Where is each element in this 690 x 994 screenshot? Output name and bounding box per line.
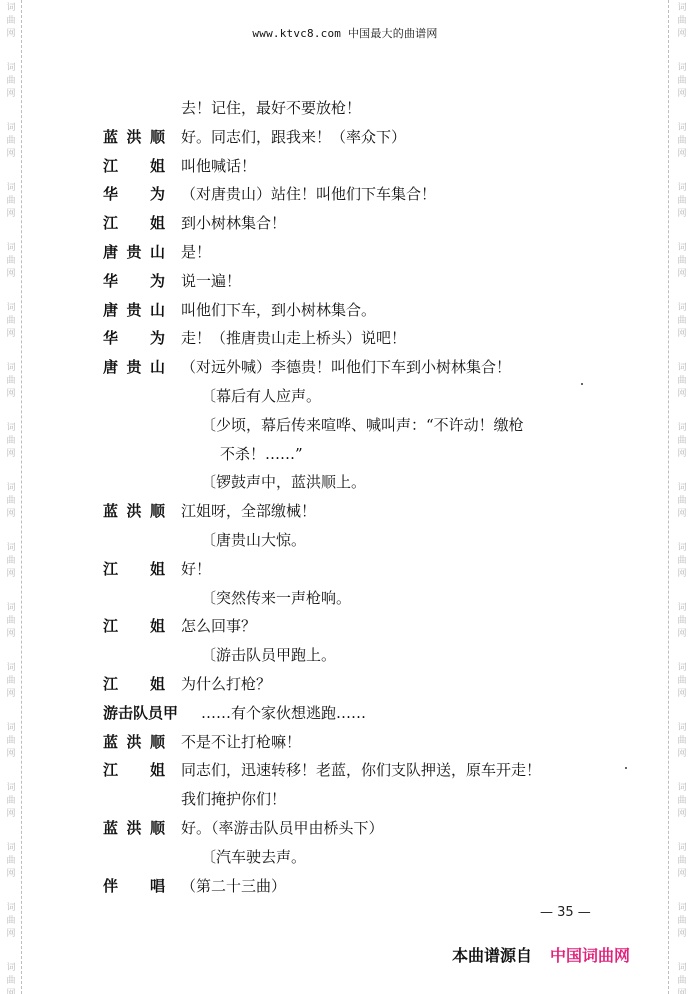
watermark-group: 词曲网 bbox=[4, 122, 18, 161]
watermark-char: 曲 bbox=[675, 915, 689, 928]
watermark-char: 词 bbox=[675, 2, 689, 15]
dialog-text: 说一遍！ bbox=[181, 267, 241, 296]
watermark-char: 网 bbox=[675, 988, 689, 994]
watermark-group: 词曲网 bbox=[675, 482, 689, 521]
watermark-char: 网 bbox=[4, 748, 18, 761]
source-footer: 本曲谱源自中国词曲网 bbox=[452, 943, 630, 966]
watermark-char: 曲 bbox=[675, 675, 689, 688]
watermark-char: 网 bbox=[4, 568, 18, 581]
dialog-text: 同志们，迅速转移！老蓝，你们支队押送，原车开走！ bbox=[181, 756, 541, 785]
dialog-text: （第二十三曲） bbox=[181, 872, 286, 901]
watermark-char: 网 bbox=[675, 568, 689, 581]
dialog-text: 去！记住，最好不要放枪！ bbox=[181, 94, 361, 123]
script-line: 华 为（对唐贵山）站住！叫他们下车集合！ bbox=[103, 180, 643, 209]
site-name-link[interactable]: 中国词曲网 bbox=[550, 946, 630, 965]
script-line: 蓝洪顺江姐呀，全部缴械！ bbox=[103, 497, 643, 526]
script-line: 江 姐为什么打枪？ bbox=[103, 670, 643, 699]
print-speck bbox=[581, 383, 583, 385]
watermark-char: 曲 bbox=[4, 795, 18, 808]
watermark-char: 词 bbox=[4, 242, 18, 255]
watermark-char: 网 bbox=[4, 628, 18, 641]
watermark-group: 词曲网 bbox=[4, 842, 18, 881]
watermark-char: 网 bbox=[675, 268, 689, 281]
watermark-char: 词 bbox=[675, 182, 689, 195]
dialog-text: 好。同志们，跟我来！（率众下） bbox=[181, 123, 406, 152]
watermark-group: 词曲网 bbox=[4, 482, 18, 521]
script-line: 江 姐叫他喊话！ bbox=[103, 152, 643, 181]
dialog-text: ……有个家伙想逃跑…… bbox=[201, 699, 366, 728]
dialog-text: 怎么回事？ bbox=[181, 612, 256, 641]
header-url: www.ktvc8.com bbox=[252, 27, 341, 40]
watermark-group: 词曲网 bbox=[675, 362, 689, 401]
watermark-char: 网 bbox=[675, 448, 689, 461]
watermark-char: 词 bbox=[675, 242, 689, 255]
script-line: 江 姐怎么回事？ bbox=[103, 612, 643, 641]
speaker-name: 游击队员甲 bbox=[103, 699, 178, 728]
script-line: 〔少顷，幕后传来喧哗、喊叫声：“不许动！缴枪 bbox=[103, 411, 643, 440]
speaker-name: 江 姐 bbox=[103, 209, 165, 238]
watermark-char: 网 bbox=[675, 88, 689, 101]
watermark-char: 曲 bbox=[675, 135, 689, 148]
watermark-char: 曲 bbox=[4, 315, 18, 328]
watermark-char: 词 bbox=[675, 422, 689, 435]
script-line: 〔唐贵山大惊。 bbox=[103, 526, 643, 555]
speaker-name: 唐贵山 bbox=[103, 238, 165, 267]
watermark-group: 词曲网 bbox=[675, 422, 689, 461]
watermark-char: 词 bbox=[4, 542, 18, 555]
dialog-text: 叫他喊话！ bbox=[181, 152, 256, 181]
watermark-char: 词 bbox=[675, 782, 689, 795]
watermark-char: 曲 bbox=[4, 255, 18, 268]
speaker-name: 蓝洪顺 bbox=[103, 814, 165, 843]
print-speck bbox=[625, 767, 627, 769]
watermark-char: 曲 bbox=[675, 255, 689, 268]
watermark-char: 曲 bbox=[4, 495, 18, 508]
script-line: 〔幕后有人应声。 bbox=[103, 382, 643, 411]
watermark-char: 词 bbox=[675, 122, 689, 135]
watermark-group: 词曲网 bbox=[675, 722, 689, 761]
stage-direction: 〔突然传来一声枪响。 bbox=[201, 584, 351, 613]
watermark-char: 词 bbox=[4, 662, 18, 675]
script-line: 〔锣鼓声中，蓝洪顺上。 bbox=[103, 468, 643, 497]
watermark-char: 网 bbox=[675, 148, 689, 161]
watermark-group: 词曲网 bbox=[675, 602, 689, 641]
watermark-char: 曲 bbox=[4, 555, 18, 568]
watermark-char: 词 bbox=[4, 782, 18, 795]
watermark-char: 网 bbox=[4, 688, 18, 701]
watermark-char: 词 bbox=[4, 62, 18, 75]
watermark-char: 曲 bbox=[4, 675, 18, 688]
stage-direction: 不杀！……” bbox=[220, 440, 303, 469]
watermark-char: 网 bbox=[4, 268, 18, 281]
watermark-char: 曲 bbox=[4, 75, 18, 88]
watermark-char: 曲 bbox=[4, 975, 18, 988]
watermark-char: 词 bbox=[4, 422, 18, 435]
stage-direction: 〔唐贵山大惊。 bbox=[201, 526, 306, 555]
script-line: 〔游击队员甲跑上。 bbox=[103, 641, 643, 670]
watermark-char: 曲 bbox=[675, 615, 689, 628]
watermark-char: 词 bbox=[675, 902, 689, 915]
page-header: www.ktvc8.com 中国最大的曲谱网 bbox=[0, 25, 690, 41]
watermark-char: 词 bbox=[4, 842, 18, 855]
speaker-name: 唐贵山 bbox=[103, 296, 165, 325]
watermark-char: 词 bbox=[4, 302, 18, 315]
script-line: 〔汽车驶去声。 bbox=[103, 843, 643, 872]
script-line: 蓝洪顺好。同志们，跟我来！（率众下） bbox=[103, 123, 643, 152]
stage-direction: 〔幕后有人应声。 bbox=[201, 382, 321, 411]
script-line: 江 姐同志们，迅速转移！老蓝，你们支队押送，原车开走！ bbox=[103, 756, 643, 785]
script-line: 唐贵山叫他们下车，到小树林集合。 bbox=[103, 296, 643, 325]
script-body: 去！记住，最好不要放枪！蓝洪顺好。同志们，跟我来！（率众下）江 姐叫他喊话！华 … bbox=[103, 94, 643, 900]
stage-direction: 〔游击队员甲跑上。 bbox=[201, 641, 336, 670]
script-line: 华 为走！（推唐贵山走上桥头）说吧！ bbox=[103, 324, 643, 353]
watermark-group: 词曲网 bbox=[675, 902, 689, 941]
watermark-group: 词曲网 bbox=[4, 902, 18, 941]
watermark-char: 词 bbox=[4, 362, 18, 375]
watermark-char: 词 bbox=[4, 482, 18, 495]
watermark-char: 网 bbox=[675, 508, 689, 521]
stage-direction: 〔少顷，幕后传来喧哗、喊叫声：“不许动！缴枪 bbox=[201, 411, 524, 440]
watermark-group: 词曲网 bbox=[675, 842, 689, 881]
script-line: 唐贵山（对远外喊）李德贵！叫他们下车到小树林集合！ bbox=[103, 353, 643, 382]
speaker-name: 唐贵山 bbox=[103, 353, 165, 382]
watermark-char: 曲 bbox=[675, 435, 689, 448]
watermark-char: 词 bbox=[675, 482, 689, 495]
watermark-group: 词曲网 bbox=[675, 242, 689, 281]
watermark-char: 网 bbox=[675, 748, 689, 761]
speaker-name: 华 为 bbox=[103, 324, 165, 353]
speaker-name: 蓝洪顺 bbox=[103, 728, 165, 757]
watermark-char: 网 bbox=[675, 868, 689, 881]
watermark-char: 曲 bbox=[4, 195, 18, 208]
watermark-char: 曲 bbox=[675, 315, 689, 328]
watermark-char: 网 bbox=[675, 208, 689, 221]
dialog-text: 不是不让打枪嘛！ bbox=[181, 728, 301, 757]
watermark-char: 词 bbox=[4, 2, 18, 15]
watermark-group: 词曲网 bbox=[4, 662, 18, 701]
watermark-char: 词 bbox=[4, 962, 18, 975]
watermark-char: 网 bbox=[4, 208, 18, 221]
speaker-name: 江 姐 bbox=[103, 612, 165, 641]
dialog-text: （对远外喊）李德贵！叫他们下车到小树林集合！ bbox=[181, 353, 511, 382]
watermark-group: 词曲网 bbox=[4, 602, 18, 641]
speaker-name: 江 姐 bbox=[103, 670, 165, 699]
watermark-char: 词 bbox=[675, 962, 689, 975]
watermark-char: 曲 bbox=[675, 855, 689, 868]
dialog-text: 好！ bbox=[181, 555, 211, 584]
watermark-char: 曲 bbox=[4, 375, 18, 388]
watermark-char: 词 bbox=[675, 662, 689, 675]
watermark-group: 词曲网 bbox=[675, 62, 689, 101]
watermark-char: 词 bbox=[675, 362, 689, 375]
watermark-char: 词 bbox=[675, 602, 689, 615]
watermark-char: 曲 bbox=[4, 435, 18, 448]
watermark-group: 词曲网 bbox=[675, 662, 689, 701]
left-dashed-border bbox=[21, 0, 22, 994]
watermark-group: 词曲网 bbox=[4, 422, 18, 461]
watermark-char: 网 bbox=[4, 448, 18, 461]
watermark-char: 曲 bbox=[675, 375, 689, 388]
watermark-char: 网 bbox=[675, 328, 689, 341]
watermark-char: 曲 bbox=[675, 795, 689, 808]
speaker-name: 华 为 bbox=[103, 267, 165, 296]
watermark-char: 网 bbox=[4, 88, 18, 101]
script-line: 华 为说一遍！ bbox=[103, 267, 643, 296]
left-margin-watermark: 词曲网词曲网词曲网词曲网词曲网词曲网词曲网词曲网词曲网词曲网词曲网词曲网词曲网词… bbox=[0, 0, 22, 994]
script-line: 游击队员甲……有个家伙想逃跑…… bbox=[103, 699, 643, 728]
watermark-group: 词曲网 bbox=[4, 962, 18, 994]
watermark-group: 词曲网 bbox=[675, 782, 689, 821]
watermark-char: 曲 bbox=[675, 735, 689, 748]
watermark-group: 词曲网 bbox=[4, 362, 18, 401]
script-line: 唐贵山是！ bbox=[103, 238, 643, 267]
dialog-text: 好。（率游击队员甲由桥头下） bbox=[181, 814, 384, 843]
watermark-char: 词 bbox=[675, 842, 689, 855]
script-line: 不杀！……” bbox=[103, 440, 643, 469]
watermark-char: 网 bbox=[4, 868, 18, 881]
watermark-char: 网 bbox=[4, 928, 18, 941]
script-line: 江 姐到小树林集合！ bbox=[103, 209, 643, 238]
stage-direction: 〔锣鼓声中，蓝洪顺上。 bbox=[201, 468, 366, 497]
watermark-char: 词 bbox=[4, 122, 18, 135]
watermark-char: 曲 bbox=[4, 915, 18, 928]
watermark-group: 词曲网 bbox=[675, 542, 689, 581]
watermark-group: 词曲网 bbox=[4, 542, 18, 581]
script-line: 蓝洪顺不是不让打枪嘛！ bbox=[103, 728, 643, 757]
watermark-group: 词曲网 bbox=[4, 182, 18, 221]
watermark-char: 网 bbox=[4, 328, 18, 341]
speaker-name: 华 为 bbox=[103, 180, 165, 209]
watermark-group: 词曲网 bbox=[4, 302, 18, 341]
script-line: 去！记住，最好不要放枪！ bbox=[103, 94, 643, 123]
watermark-char: 网 bbox=[4, 808, 18, 821]
speaker-name: 蓝洪顺 bbox=[103, 497, 165, 526]
speaker-name: 江 姐 bbox=[103, 756, 165, 785]
watermark-char: 曲 bbox=[4, 855, 18, 868]
watermark-char: 词 bbox=[675, 542, 689, 555]
script-line: 伴 唱（第二十三曲） bbox=[103, 872, 643, 901]
dialog-text: 到小树林集合！ bbox=[181, 209, 286, 238]
watermark-char: 词 bbox=[675, 302, 689, 315]
watermark-char: 词 bbox=[4, 902, 18, 915]
watermark-char: 曲 bbox=[4, 735, 18, 748]
watermark-group: 词曲网 bbox=[4, 242, 18, 281]
script-line: 蓝洪顺好。（率游击队员甲由桥头下） bbox=[103, 814, 643, 843]
watermark-char: 网 bbox=[675, 928, 689, 941]
watermark-char: 网 bbox=[4, 148, 18, 161]
watermark-group: 词曲网 bbox=[4, 722, 18, 761]
watermark-char: 曲 bbox=[675, 195, 689, 208]
speaker-name: 蓝洪顺 bbox=[103, 123, 165, 152]
dialog-text: （对唐贵山）站住！叫他们下车集合！ bbox=[181, 180, 436, 209]
watermark-group: 词曲网 bbox=[4, 62, 18, 101]
speaker-name: 伴 唱 bbox=[103, 872, 165, 901]
watermark-char: 词 bbox=[4, 722, 18, 735]
watermark-char: 曲 bbox=[675, 975, 689, 988]
speaker-name: 江 姐 bbox=[103, 555, 165, 584]
script-line: 我们掩护你们！ bbox=[103, 785, 643, 814]
dialog-text: 叫他们下车，到小树林集合。 bbox=[181, 296, 376, 325]
dialog-text: 走！（推唐贵山走上桥头）说吧！ bbox=[181, 324, 406, 353]
watermark-char: 词 bbox=[675, 62, 689, 75]
watermark-char: 曲 bbox=[675, 555, 689, 568]
watermark-group: 词曲网 bbox=[675, 302, 689, 341]
dialog-text: 江姐呀，全部缴械！ bbox=[181, 497, 316, 526]
script-line: 〔突然传来一声枪响。 bbox=[103, 584, 643, 613]
watermark-char: 曲 bbox=[4, 135, 18, 148]
dialog-text: 是！ bbox=[181, 238, 211, 267]
source-label: 本曲谱源自 bbox=[452, 946, 532, 965]
watermark-char: 曲 bbox=[675, 75, 689, 88]
watermark-group: 词曲网 bbox=[675, 962, 689, 994]
watermark-char: 网 bbox=[4, 388, 18, 401]
watermark-char: 曲 bbox=[4, 615, 18, 628]
watermark-char: 网 bbox=[675, 688, 689, 701]
watermark-group: 词曲网 bbox=[675, 182, 689, 221]
watermark-char: 网 bbox=[4, 988, 18, 994]
right-dashed-border bbox=[668, 0, 669, 994]
watermark-char: 网 bbox=[675, 388, 689, 401]
right-margin-watermark: 词曲网词曲网词曲网词曲网词曲网词曲网词曲网词曲网词曲网词曲网词曲网词曲网词曲网词… bbox=[668, 0, 690, 994]
watermark-char: 网 bbox=[675, 808, 689, 821]
script-line: 江 姐好！ bbox=[103, 555, 643, 584]
watermark-char: 词 bbox=[675, 722, 689, 735]
watermark-char: 曲 bbox=[675, 495, 689, 508]
watermark-char: 词 bbox=[4, 182, 18, 195]
dialog-text: 为什么打枪？ bbox=[181, 670, 271, 699]
speaker-name: 江 姐 bbox=[103, 152, 165, 181]
watermark-char: 网 bbox=[675, 628, 689, 641]
watermark-group: 词曲网 bbox=[675, 122, 689, 161]
page-number: — 35 — bbox=[540, 905, 591, 920]
dialog-text: 我们掩护你们！ bbox=[181, 785, 286, 814]
stage-direction: 〔汽车驶去声。 bbox=[201, 843, 306, 872]
watermark-char: 词 bbox=[4, 602, 18, 615]
watermark-char: 网 bbox=[4, 508, 18, 521]
header-tagline: 中国最大的曲谱网 bbox=[348, 27, 438, 40]
watermark-group: 词曲网 bbox=[4, 782, 18, 821]
